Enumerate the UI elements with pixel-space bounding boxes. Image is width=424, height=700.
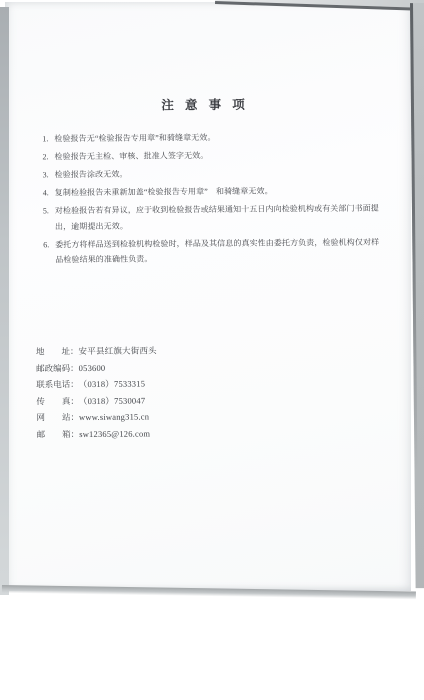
contact-list: 地 址： 安平县红旗大街西头 邮政编码： 053600 联系电话： （0318）… bbox=[36, 344, 337, 445]
page-title: 注 意 事 项 bbox=[0, 93, 408, 114]
contact-row-address: 地 址： 安平县红旗大街西头 bbox=[36, 344, 336, 357]
note-item: 5. 对检验报告若有异议，应于收到检验报告或结果通知十五日内向检验机构或有关部门… bbox=[43, 201, 383, 235]
note-text: 检验报告无“检验报告专用章”和骑缝章无效。 bbox=[54, 129, 382, 147]
contact-label: 邮 箱： bbox=[37, 429, 80, 440]
contact-value: sw12365@126.com bbox=[79, 428, 150, 440]
note-text: 检验报告涂改无效。 bbox=[55, 165, 383, 183]
contact-label: 联系电话： bbox=[36, 379, 79, 390]
note-item: 3. 检验报告涂改无效。 bbox=[43, 165, 383, 183]
contact-label: 传 真： bbox=[36, 396, 79, 407]
note-text: 检验报告无主检、审核、批准人签字无效。 bbox=[54, 147, 382, 165]
note-text: 对检验报告若有异议，应于收到检验报告或结果通知十五日内向检验机构或有关部门书面提… bbox=[55, 201, 383, 235]
contact-label: 地 址： bbox=[36, 346, 79, 357]
note-number: 3. bbox=[43, 167, 55, 183]
contact-row-postcode: 邮政编码： 053600 bbox=[36, 361, 336, 374]
notes-list: 1. 检验报告无“检验报告专用章”和骑缝章无效。 2. 检验报告无主检、审核、批… bbox=[42, 129, 383, 271]
note-number: 2. bbox=[42, 149, 54, 165]
document-content: 注 意 事 项 1. 检验报告无“检验报告专用章”和骑缝章无效。 2. 检验报告… bbox=[0, 0, 424, 700]
note-item: 6. 委托方将样品送到检验机构检验时，样品及其信息的真实性由委托方负责，检验机构… bbox=[43, 234, 383, 268]
contact-label: 邮政编码： bbox=[36, 363, 79, 374]
note-text: 委托方将样品送到检验机构检验时，样品及其信息的真实性由委托方负责，检验机构仅对样… bbox=[55, 234, 383, 268]
contact-row-email: 邮 箱： sw12365@126.com bbox=[37, 427, 337, 440]
scanned-document: 注 意 事 项 1. 检验报告无“检验报告专用章”和骑缝章无效。 2. 检验报告… bbox=[0, 0, 424, 700]
note-text: 复制检验报告未重新加盖“检验报告专用章” 和骑缝章无效。 bbox=[55, 183, 383, 201]
contact-row-phone: 联系电话： （0318）7533315 bbox=[36, 377, 336, 390]
contact-row-website: 网 站： www.siwang315.cn bbox=[36, 410, 336, 423]
contact-value: （0318）7530047 bbox=[79, 395, 145, 407]
note-item: 1. 检验报告无“检验报告专用章”和骑缝章无效。 bbox=[42, 129, 382, 147]
contact-value: （0318）7533315 bbox=[79, 379, 145, 391]
note-number: 6. bbox=[43, 237, 55, 268]
contact-row-fax: 传 真： （0318）7530047 bbox=[36, 394, 336, 407]
contact-label: 网 站： bbox=[36, 412, 79, 423]
contact-value: 安平县红旗大街西头 bbox=[78, 345, 156, 357]
note-item: 4. 复制检验报告未重新加盖“检验报告专用章” 和骑缝章无效。 bbox=[43, 183, 383, 201]
note-number: 1. bbox=[42, 131, 54, 147]
contact-value: www.siwang315.cn bbox=[79, 411, 149, 423]
note-number: 4. bbox=[43, 185, 55, 201]
contact-value: 053600 bbox=[79, 362, 106, 373]
note-number: 5. bbox=[43, 203, 55, 234]
note-item: 2. 检验报告无主检、审核、批准人签字无效。 bbox=[42, 147, 382, 165]
